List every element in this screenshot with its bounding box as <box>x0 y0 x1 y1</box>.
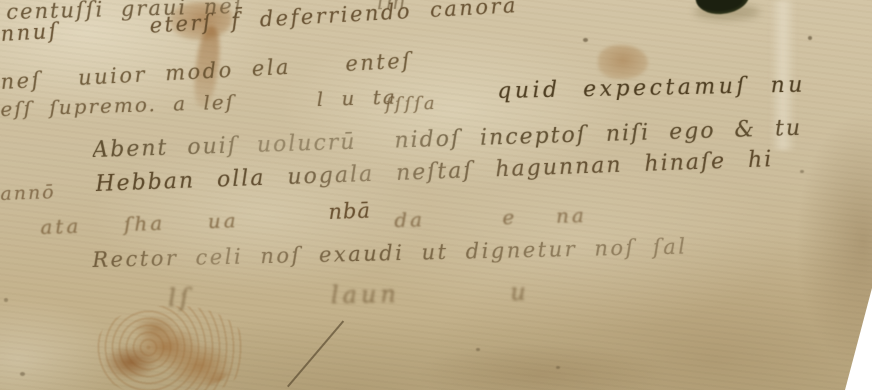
speck-5 <box>556 366 560 369</box>
speck-3 <box>800 170 804 173</box>
speck-7 <box>4 298 8 302</box>
speck-1 <box>583 38 588 42</box>
text-line-4-mid: ſſſſa <box>385 93 438 115</box>
text-line-7-mid: nbā <box>328 199 371 224</box>
text-line-7-right: da e na <box>394 203 587 232</box>
manuscript-photo: centuſſi graui neſ im nnuſ eterſ f̄ defe… <box>0 0 872 390</box>
speck-4 <box>476 348 480 351</box>
speck-6 <box>20 372 25 376</box>
speck-2 <box>808 36 812 40</box>
text-line-6-lead: annō <box>0 181 56 205</box>
tan-stain <box>598 45 648 79</box>
